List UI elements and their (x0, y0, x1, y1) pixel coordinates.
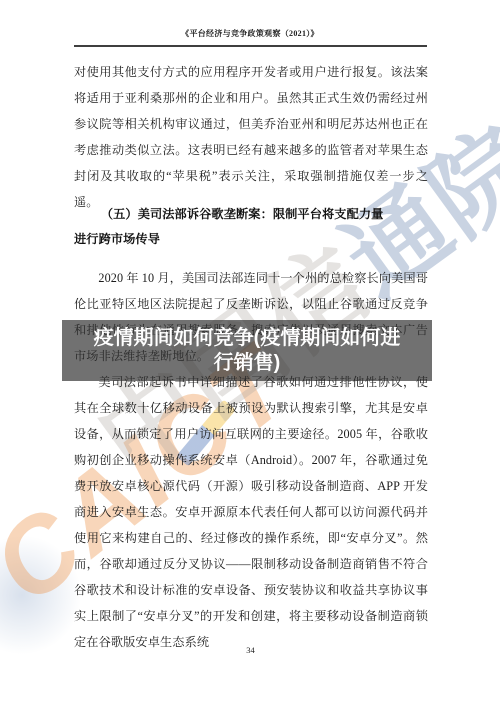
section-heading-line2: 进行跨市场传导 (74, 227, 428, 252)
document-page: CAICT 中国信通院 《平台经济与竞争政策观察（2021）》 对使用其他支付方… (0, 0, 500, 707)
running-header-title: 《平台经济与竞争政策观察（2021）》 (0, 28, 500, 39)
header-rule (74, 45, 427, 47)
section-heading-line1: （五）美司法部诉谷歌垄断案：限制平台将支配力量 (74, 202, 428, 227)
overlay-title-line1: 疫情期间如何竞争(疫情期间如何进 (94, 326, 401, 351)
overlay-title-banner: 疫情期间如何竞争(疫情期间如何进 行销售) (62, 320, 432, 381)
page-number: 34 (74, 645, 427, 655)
paragraph-android-ecosystem: 美司法部起诉书中详细描述了谷歌如何通过排他性协议，使其在全球数十亿移动设备上被预… (74, 369, 428, 655)
overlay-title-line2: 行销售) (214, 351, 281, 376)
section-heading: （五）美司法部诉谷歌垄断案：限制平台将支配力量 进行跨市场传导 (74, 202, 428, 252)
paragraph-apple-tax: 对使用其他支付方式的应用程序开发者或用户进行报复。该法案将适用于亚利桑那州的企业… (74, 59, 428, 215)
